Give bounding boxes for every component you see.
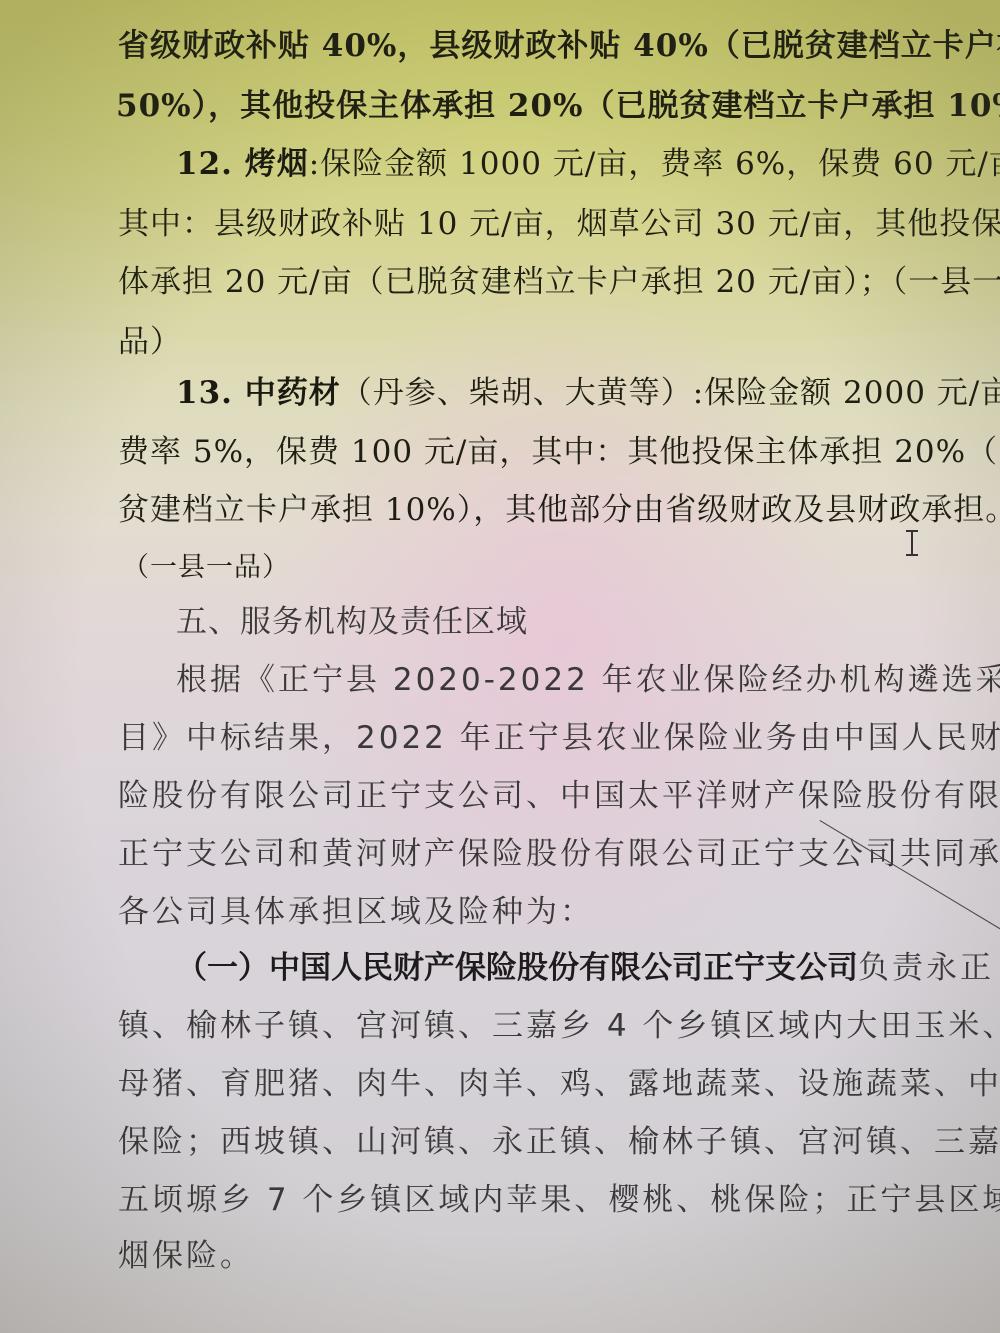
paragraph-line: 各公司具体承担区域及险种为： (118, 892, 958, 932)
text-line: 体承担 20 元/亩（已脱贫建档立卡户承担 20 元/亩）；（一县一 (118, 262, 958, 302)
paragraph-line: 烟保险。 (118, 1236, 958, 1276)
text-line: 贫建档立卡户承担 10%），其他部分由省级财政及县财政承担。 (118, 490, 958, 530)
item-12-label: 12. 烤烟 (176, 146, 309, 182)
section-heading: 五、服务机构及责任区域 (176, 602, 1000, 642)
sub-item-1-text: 负责永正 (858, 950, 994, 986)
text-line: （一县一品） (122, 548, 962, 588)
text-cursor-icon (906, 530, 918, 556)
paragraph-line: 母猪、育肥猪、肉牛、肉羊、鸡、露地蔬菜、设施蔬菜、中药材 (118, 1064, 958, 1104)
item-13-text: （丹参、柴胡、大黄等）:保险金额 2000 元/亩， (341, 375, 1000, 411)
item-12-line: 12. 烤烟:保险金额 1000 元/亩，费率 6%，保费 60 元/亩， (176, 144, 956, 184)
item-12-text: :保险金额 1000 元/亩，费率 6%，保费 60 元/亩， (309, 146, 1000, 182)
paragraph-line: 险股份有限公司正宁支公司、中国太平洋财产保险股份有限公司 (118, 776, 958, 816)
paragraph-line: 根据《正宁县 2020-2022 年农业保险经办机构遴选采购项 (176, 660, 956, 700)
paragraph-line: 五顷塬乡 7 个乡镇区域内苹果、樱桃、桃保险；正宁县区域内烤 (118, 1180, 958, 1220)
paragraph-line: 正宁支公司和黄河财产保险股份有限公司正宁支公司共同承担。 (118, 834, 958, 874)
text-line: 品） (118, 322, 958, 362)
item-13-label: 13. 中药材 (176, 375, 341, 411)
sub-item-1-line: （一）中国人民财产保险股份有限公司正宁支公司负责永正 (176, 948, 956, 988)
paragraph-line: 镇、榆林子镇、宫河镇、三嘉乡 4 个乡镇区域内大田玉米、能繁 (118, 1006, 958, 1046)
paragraph-line: 目》中标结果，2022 年正宁县农业保险业务由中国人民财产保 (118, 718, 958, 758)
text-line: 费率 5%，保费 100 元/亩，其中：其他投保主体承担 20%（已脱 (118, 432, 958, 472)
text-line: 50%），其他投保主体承担 20%（已脱贫建档立卡户承担 10%）； (116, 86, 956, 126)
paragraph-line: 保险；西坡镇、山河镇、永正镇、榆林子镇、宫河镇、三嘉乡、 (118, 1122, 958, 1162)
item-13-line: 13. 中药材（丹参、柴胡、大黄等）:保险金额 2000 元/亩， (176, 373, 956, 413)
document-page: 省级财政补贴 40%，县级财政补贴 40%（已脱贫建档立卡户补贴 50%），其他… (0, 0, 1000, 1333)
sub-item-1-label: （一）中国人民财产保险股份有限公司正宁支公司 (176, 950, 858, 986)
text-line: 省级财政补贴 40%，县级财政补贴 40%（已脱贫建档立卡户补贴 (118, 26, 958, 66)
text-line: 其中：县级财政补贴 10 元/亩，烟草公司 30 元/亩，其他投保主 (118, 204, 958, 244)
